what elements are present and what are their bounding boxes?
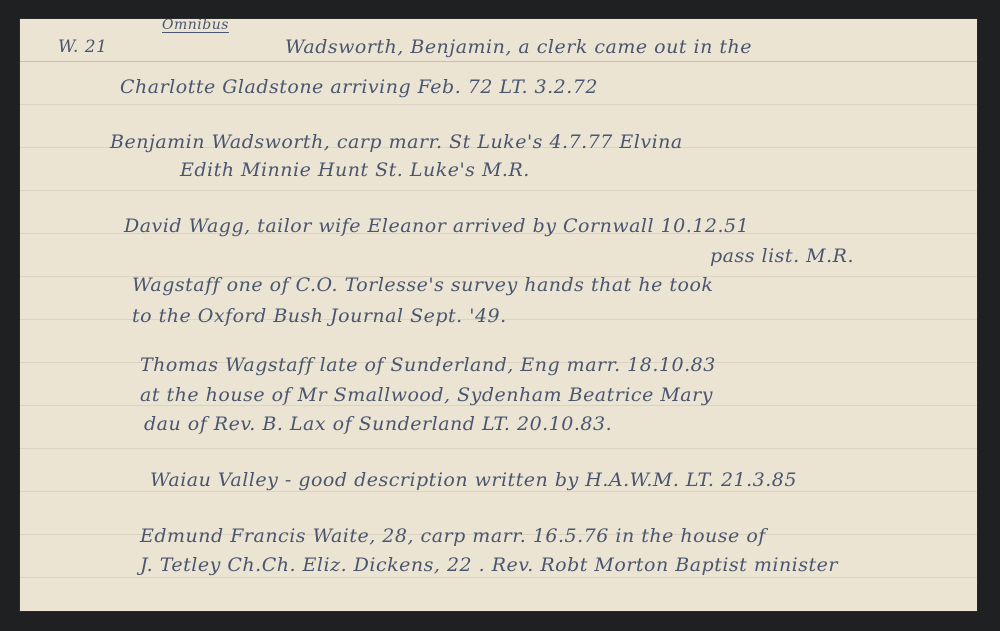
entry-1-line-1: Wadsworth, Benjamin, a clerk came out in…	[285, 36, 752, 58]
ruled-line	[20, 104, 977, 105]
entry-4-line-1: Wagstaff one of C.O. Torlesse's survey h…	[132, 274, 713, 296]
entry-7-line-1: Edmund Francis Waite, 28, carp marr. 16.…	[140, 525, 766, 547]
entry-7-line-2: J. Tetley Ch.Ch. Eliz. Dickens, 22 . Rev…	[140, 554, 838, 576]
entry-2-line-2: Edith Minnie Hunt St. Luke's M.R.	[180, 159, 530, 181]
ruled-line	[20, 577, 977, 578]
entry-5-line-1: Thomas Wagstaff late of Sunderland, Eng …	[140, 354, 716, 376]
entry-3-line-1: David Wagg, tailor wife Eleanor arrived …	[124, 215, 749, 237]
annotation-label: Omnibus	[162, 19, 229, 33]
index-number: W. 21	[58, 37, 107, 57]
ruled-line	[20, 448, 977, 449]
ruled-line	[20, 491, 977, 492]
ruled-line	[20, 190, 977, 191]
header-rule	[20, 61, 977, 62]
entry-6-line-1: Waiau Valley - good description written …	[150, 469, 797, 491]
entry-2-line-1: Benjamin Wadsworth, carp marr. St Luke's…	[110, 131, 683, 153]
index-card: Omnibus W. 21 Wadsworth, Benjamin, a cle…	[20, 19, 977, 611]
entry-1-line-2: Charlotte Gladstone arriving Feb. 72 LT.…	[120, 76, 598, 98]
entry-5-line-3: dau of Rev. B. Lax of Sunderland LT. 20.…	[144, 413, 612, 435]
entry-3-line-2: pass list. M.R.	[710, 245, 854, 267]
entry-4-line-2: to the Oxford Bush Journal Sept. '49.	[132, 305, 507, 327]
entry-5-line-2: at the house of Mr Smallwood, Sydenham B…	[140, 384, 713, 406]
